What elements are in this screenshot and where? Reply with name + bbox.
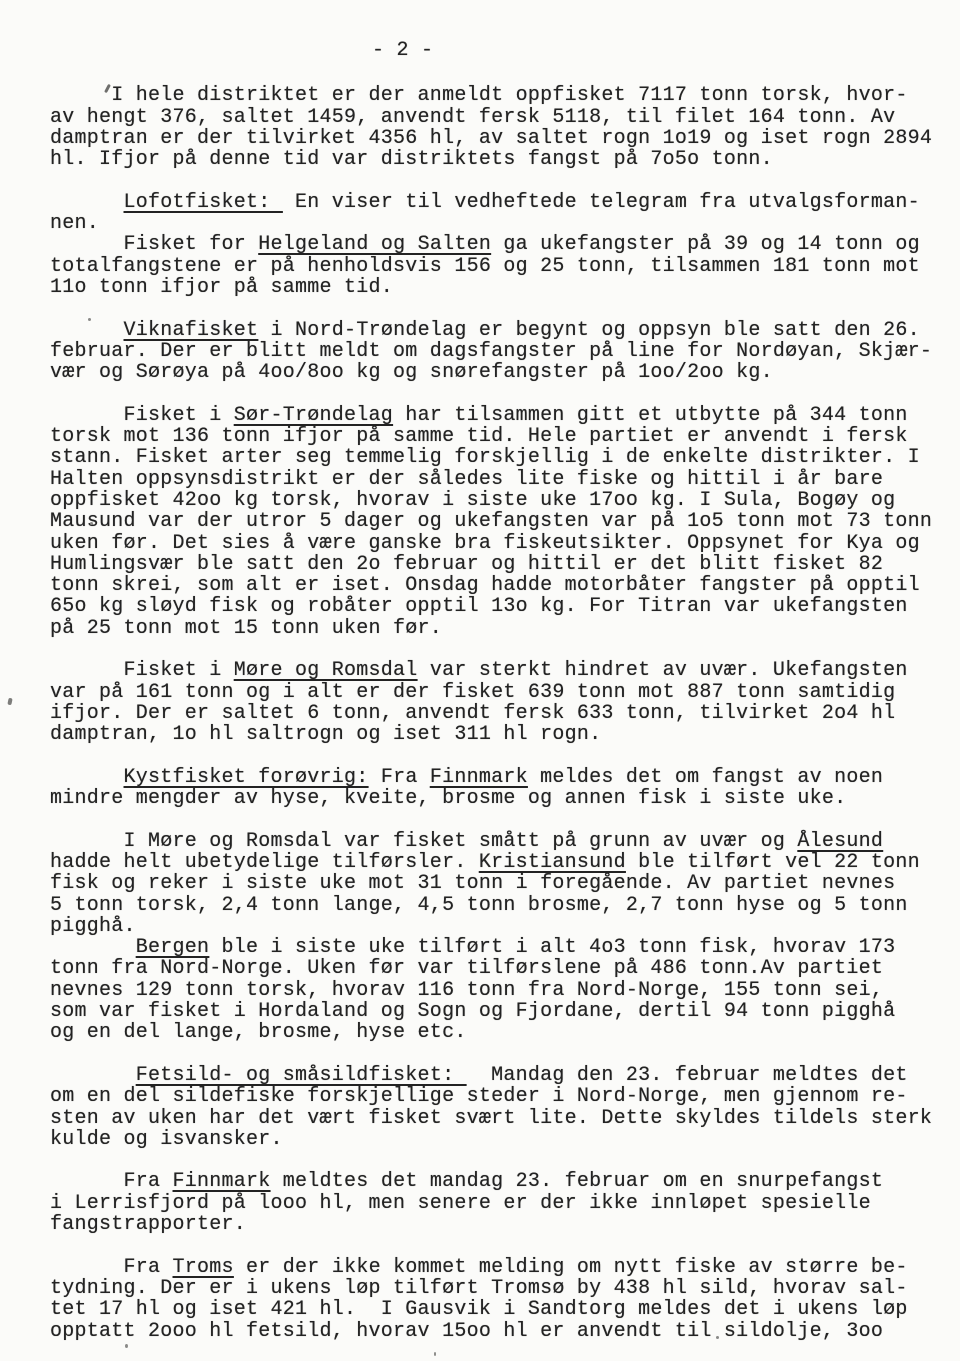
underlined-text: Troms	[173, 1256, 234, 1279]
text-run: sten av uken har det vært fisket svært l…	[50, 1107, 932, 1130]
text-line: sten av uken har det vært fisket svært l…	[50, 1108, 954, 1129]
text-line: 5 tonn torsk, 2,4 tonn lange, 4,5 tonn b…	[50, 895, 954, 916]
text-line: stann. Fisket arter seg temmelig forskje…	[50, 447, 954, 468]
text-line: torsk mot 136 tonn ifjor på samme tid. H…	[50, 426, 954, 447]
scan-artifact	[716, 1336, 719, 1339]
text-run: tet 17 hl og iset 421 hl. I Gausvik i Sa…	[50, 1298, 908, 1321]
paragraph: Fisket for Helgeland og Salten ga ukefan…	[50, 234, 954, 298]
text-run: uken før. Det sies å være ganske bra fis…	[50, 532, 920, 555]
text-run: hadde helt ubetydelige tilførsler.	[50, 851, 479, 874]
text-run: Halten oppsynsdistrikt er der således li…	[50, 468, 883, 491]
text-run: tydning. Der er i ukens løp tilført Trom…	[50, 1277, 908, 1300]
text-run: var sterkt hindret av uvær. Ukefangsten	[418, 659, 908, 682]
text-line: og en del lange, brosme, hyse etc.	[50, 1022, 954, 1043]
text-line: vær og Sørøya på 4oo/8oo kg og snørefang…	[50, 362, 954, 383]
scan-artifact	[90, 522, 93, 525]
text-line: Kystfisket forøvrig: Fra Finnmark meldes…	[50, 767, 954, 788]
paragraph: I Møre og Romsdal var fisket smått på gr…	[50, 831, 954, 937]
underlined-text: Bergen	[136, 936, 210, 959]
underlined-text: Sør-Trøndelag	[234, 404, 393, 427]
text-run: torsk mot 136 tonn ifjor på samme tid. H…	[50, 425, 908, 448]
text-line: av hengt 376, saltet 1459, anvendt fersk…	[50, 107, 954, 128]
paragraph: Bergen ble i siste uke tilført i alt 4o3…	[50, 937, 954, 1043]
text-run: på 25 tonn mot 15 tonn uken før.	[50, 617, 442, 640]
text-run: ble tilført vel 22 tonn	[626, 851, 920, 874]
text-line: på 25 tonn mot 15 tonn uken før.	[50, 618, 954, 639]
text-run: var på 161 tonn og i alt er der fisket 6…	[50, 681, 895, 704]
paragraph: I hele distriktet er der anmeldt oppfisk…	[50, 85, 954, 170]
text-line: tonn skrei, som alt er iset. Onsdag hadd…	[50, 575, 954, 596]
paragraph: Viknafisket i Nord-Trøndelag er begynt o…	[50, 320, 954, 384]
paragraph: Fetsild- og småsildfisket: Mandag den 23…	[50, 1065, 954, 1150]
text-run: oppfisket 42oo kg torsk, hvorav i siste …	[50, 489, 895, 512]
text-run: damptran er der tilvirket 4356 hl, av sa…	[50, 127, 932, 150]
text-line: uken før. Det sies å være ganske bra fis…	[50, 533, 954, 554]
text-run: stann. Fisket arter seg temmelig forskje…	[50, 446, 920, 469]
text-run: I Møre og Romsdal var fisket smått på gr…	[50, 830, 797, 853]
text-line: tet 17 hl og iset 421 hl. I Gausvik i Sa…	[50, 1299, 954, 1320]
text-line: damptran, 1o hl saltrogn og iset 311 hl …	[50, 724, 954, 745]
text-line: kulde og isvansker.	[50, 1129, 954, 1150]
paragraph: Fra Troms er der ikke kommet melding om …	[50, 1257, 954, 1342]
text-run: har tilsammen gitt et utbytte på 344 ton…	[393, 404, 908, 427]
scan-artifact	[7, 698, 12, 706]
text-line: Viknafisket i Nord-Trøndelag er begynt o…	[50, 320, 954, 341]
text-run: i Lerrisfjord på looo hl, men senere er …	[50, 1192, 871, 1215]
scan-artifact	[125, 1344, 128, 1348]
text-run: damptran, 1o hl saltrogn og iset 311 hl …	[50, 723, 601, 746]
text-run: hl. Ifjor på denne tid var distriktets f…	[50, 148, 773, 171]
text-run: ga ukefangster på 39 og 14 tonn og	[491, 233, 920, 256]
text-run: pigghå.	[50, 915, 136, 938]
text-run: Fisket i	[50, 659, 234, 682]
text-run: fisk og reker i siste uke mot 31 tonn i …	[50, 872, 895, 895]
text-run: nevnes 129 tonn torsk, hvorav 116 tonn f…	[50, 979, 883, 1002]
text-run: februar. Der er blitt meldt om dagsfangs…	[50, 340, 932, 363]
text-line: Fisket i Sør-Trøndelag har tilsammen git…	[50, 405, 954, 426]
underlined-text: Helgeland og Salten	[258, 233, 491, 256]
text-line: fisk og reker i siste uke mot 31 tonn i …	[50, 873, 954, 894]
text-run: 5 tonn torsk, 2,4 tonn lange, 4,5 tonn b…	[50, 894, 908, 917]
text-line: damptran er der tilvirket 4356 hl, av sa…	[50, 128, 954, 149]
text-line: oppfisket 42oo kg torsk, hvorav i siste …	[50, 490, 954, 511]
text-line: Fra Finnmark meldtes det mandag 23. febr…	[50, 1171, 954, 1192]
text-line: nen.	[50, 213, 954, 234]
scan-artifact	[88, 318, 91, 321]
text-run: ifjor. Der er saltet 6 tonn, anvendt fer…	[50, 702, 895, 725]
text-line: nevnes 129 tonn torsk, hvorav 116 tonn f…	[50, 980, 954, 1001]
text-line: var på 161 tonn og i alt er der fisket 6…	[50, 682, 954, 703]
scanned-document-page: - 2 - I hele distriktet er der anmeldt o…	[0, 0, 960, 1361]
underlined-text: Viknafisket	[124, 319, 259, 342]
text-line: mindre mengder av hyse, kveite, brosme o…	[50, 788, 954, 809]
text-run: om en del sildefiske forskjellige steder…	[50, 1085, 908, 1108]
text-run: fangstrapporter.	[50, 1213, 246, 1236]
text-run: Mausund var der utror 5 dager og ukefang…	[50, 510, 932, 533]
paragraph: Fra Finnmark meldtes det mandag 23. febr…	[50, 1171, 954, 1235]
text-line: 11o tonn ifjor på samme tid.	[50, 277, 954, 298]
text-run: opptatt 2ooo hl fetsild, hvorav 15oo hl …	[50, 1320, 883, 1343]
text-line: Mausund var der utror 5 dager og ukefang…	[50, 511, 954, 532]
page-number: - 2 -	[50, 40, 954, 61]
underlined-text: Ålesund	[797, 830, 883, 853]
text-run: 11o tonn ifjor på samme tid.	[50, 276, 393, 299]
paragraph: Lofotfisket: En viser til vedheftede tel…	[50, 192, 954, 235]
underlined-text: Finnmark	[173, 1170, 271, 1193]
text-run: Mandag den 23. februar meldtes det	[467, 1064, 908, 1087]
text-line: 65o kg sløyd fisk og robåter opptil 13o …	[50, 596, 954, 617]
text-run	[50, 319, 124, 342]
text-run: i Nord-Trøndelag er begynt og oppsyn ble…	[258, 319, 920, 342]
paragraph: Kystfisket forøvrig: Fra Finnmark meldes…	[50, 767, 954, 810]
text-run: Fra	[369, 766, 430, 789]
text-run: 65o kg sløyd fisk og robåter opptil 13o …	[50, 595, 908, 618]
text-line: Bergen ble i siste uke tilført i alt 4o3…	[50, 937, 954, 958]
text-line: tydning. Der er i ukens løp tilført Trom…	[50, 1278, 954, 1299]
text-line: Fetsild- og småsildfisket: Mandag den 23…	[50, 1065, 954, 1086]
text-line: Fisket for Helgeland og Salten ga ukefan…	[50, 234, 954, 255]
text-line: Fra Troms er der ikke kommet melding om …	[50, 1257, 954, 1278]
text-run: ble i siste uke tilført i alt 4o3 tonn f…	[209, 936, 895, 959]
text-line: fangstrapporter.	[50, 1214, 954, 1235]
text-line: totalfangstene er på henholdsvis 156 og …	[50, 256, 954, 277]
underlined-text: Lofotfisket:	[124, 191, 283, 214]
text-line: som var fisket i Hordaland og Sogn og Fj…	[50, 1001, 954, 1022]
text-run: meldes det om fangst av noen	[528, 766, 883, 789]
document-body: - 2 - I hele distriktet er der anmeldt o…	[50, 40, 954, 1342]
text-line: hl. Ifjor på denne tid var distriktets f…	[50, 149, 954, 170]
text-line: Halten oppsynsdistrikt er der således li…	[50, 469, 954, 490]
text-line: Fisket i Møre og Romsdal var sterkt hind…	[50, 660, 954, 681]
scan-artifact	[434, 1352, 436, 1356]
text-run: Fisket i	[50, 404, 234, 427]
text-line: i Lerrisfjord på looo hl, men senere er …	[50, 1193, 954, 1214]
text-run: av hengt 376, saltet 1459, anvendt fersk…	[50, 106, 895, 129]
text-run: vær og Sørøya på 4oo/8oo kg og snørefang…	[50, 361, 773, 384]
text-run	[50, 766, 124, 789]
text-line: opptatt 2ooo hl fetsild, hvorav 15oo hl …	[50, 1321, 954, 1342]
text-run	[50, 191, 124, 214]
text-line: tonn fra Nord-Norge. Uken før var tilfør…	[50, 958, 954, 979]
text-run: tonn fra Nord-Norge. Uken før var tilfør…	[50, 957, 883, 980]
paragraph: Fisket i Sør-Trøndelag har tilsammen git…	[50, 405, 954, 639]
underlined-text: Fetsild- og småsildfisket:	[136, 1064, 467, 1087]
text-run: Fisket for	[50, 233, 258, 256]
text-run: nen.	[50, 212, 99, 235]
text-line: hadde helt ubetydelige tilførsler. Krist…	[50, 852, 954, 873]
text-run: I hele distriktet er der anmeldt oppfisk…	[50, 84, 908, 107]
text-line: Humlingsvær ble satt den 2o februar og h…	[50, 554, 954, 575]
text-run: mindre mengder av hyse, kveite, brosme o…	[50, 787, 846, 810]
text-run: meldtes det mandag 23. februar om en snu…	[271, 1170, 884, 1193]
text-run: og en del lange, brosme, hyse etc.	[50, 1021, 467, 1044]
text-line: om en del sildefiske forskjellige steder…	[50, 1086, 954, 1107]
underlined-text: Kristiansund	[479, 851, 626, 874]
underlined-text: Kystfisket forøvrig:	[124, 766, 369, 789]
text-line: I hele distriktet er der anmeldt oppfisk…	[50, 85, 954, 106]
text-line: I Møre og Romsdal var fisket smått på gr…	[50, 831, 954, 852]
text-line: ifjor. Der er saltet 6 tonn, anvendt fer…	[50, 703, 954, 724]
paragraphs-container: I hele distriktet er der anmeldt oppfisk…	[50, 85, 954, 1342]
text-run	[50, 1064, 136, 1087]
text-line: pigghå.	[50, 916, 954, 937]
text-run	[50, 936, 136, 959]
text-run: tonn skrei, som alt er iset. Onsdag hadd…	[50, 574, 920, 597]
text-line: Lofotfisket: En viser til vedheftede tel…	[50, 192, 954, 213]
text-run: er der ikke kommet melding om nytt fiske…	[234, 1256, 908, 1279]
text-run: kulde og isvansker.	[50, 1128, 283, 1151]
text-run: En viser til vedheftede telegram fra utv…	[283, 191, 920, 214]
text-line: februar. Der er blitt meldt om dagsfangs…	[50, 341, 954, 362]
text-run: Fra	[50, 1170, 173, 1193]
text-run: totalfangstene er på henholdsvis 156 og …	[50, 255, 920, 278]
paragraph: Fisket i Møre og Romsdal var sterkt hind…	[50, 660, 954, 745]
text-run: Fra	[50, 1256, 173, 1279]
underlined-text: Finnmark	[430, 766, 528, 789]
text-run: som var fisket i Hordaland og Sogn og Fj…	[50, 1000, 895, 1023]
underlined-text: Møre og Romsdal	[234, 659, 418, 682]
text-run: Humlingsvær ble satt den 2o februar og h…	[50, 553, 883, 576]
